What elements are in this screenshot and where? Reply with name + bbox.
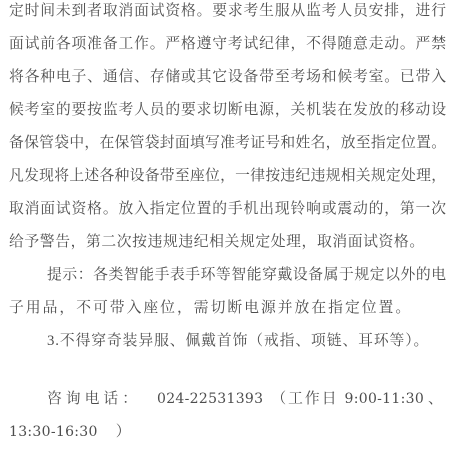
contact-line-continued: 13:30-16:30） <box>9 416 446 448</box>
contact-hours-morning: 9:00-11:30 <box>345 391 425 407</box>
text-line-rule-3: 3.不得穿奇装异服、佩戴首饰（戒指、项链、耳环等）。 <box>9 325 446 358</box>
contact-workday-label: （工作日 <box>271 391 338 407</box>
text-line: 将各种电子、通信、存储或其它设备带至考场和候考室。已带入 <box>9 61 446 94</box>
text-line: 备保管袋中，在保管袋封面填写准考证号和姓名，放至指定位置。 <box>9 127 446 160</box>
text-line-tip-start: 提示：各类智能手表手环等智能穿戴设备属于规定以外的电 <box>9 259 446 292</box>
text-line: 候考室的要按监考人员的要求切断电源，关机装在发放的移动设 <box>9 94 446 127</box>
text-line: 子用品，不可带入座位，需切断电源并放在指定位置。 <box>9 292 446 325</box>
text-line: 凡发现将上述各种设备带至座位，一律按违纪违规相关规定处理， <box>9 160 446 193</box>
contact-hours-delimiter: 、 <box>428 391 443 407</box>
contact-line: 咨询电话：024-22531393（工作日9:00-11:30、 <box>9 383 446 416</box>
closing-parenthesis-icon: ） <box>116 424 131 440</box>
contact-hours-afternoon: 13:30-16:30 <box>9 424 98 440</box>
contact-label: 咨询电话： <box>47 391 141 407</box>
text-line: 取消面试资格。放入指定位置的手机出现铃响或震动的，第一次 <box>9 193 446 226</box>
text-line: 面试前各项准备工作。严格遵守考试纪律，不得随意走动。严禁 <box>9 28 446 61</box>
notice-document: 定时间未到者取消面试资格。要求考生服从监考人员安排，进行 面试前各项准备工作。严… <box>0 0 455 448</box>
contact-phone-number: 024-22531393 <box>157 391 263 407</box>
text-line: 给予警告，第二次按违规违纪相关规定处理，取消面试资格。 <box>9 226 446 259</box>
text-line: 定时间未到者取消面试资格。要求考生服从监考人员安排，进行 <box>9 0 446 28</box>
blank-space <box>9 358 446 383</box>
